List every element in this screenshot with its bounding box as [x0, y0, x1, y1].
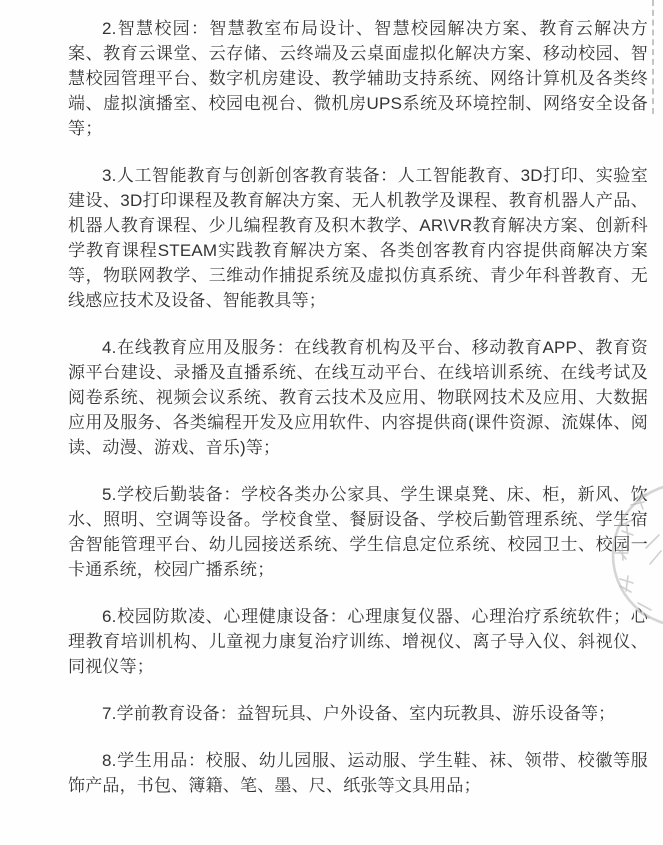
paragraph-anti-bullying-psych: 6.校园防欺凌、心理健康设备：心理康复仪器、心理治疗系统软件；心理教育培训机构、…: [68, 604, 648, 679]
paragraph-student-supplies: 8.学生用品：校服、幼儿园服、运动服、学生鞋、袜、领带、校徽等服饰产品，书包、簿…: [68, 748, 648, 798]
scanned-document-page: 2.智慧校园：智慧教室布局设计、智慧校园解决方案、教育云解决方案、教育云课堂、云…: [0, 0, 663, 845]
paragraph-school-logistics: 5.学校后勤装备：学校各类办公家具、学生课桌凳、床、柜，新风、饮水、照明、空调等…: [68, 482, 648, 582]
scan-edge-artifact: [652, 0, 654, 114]
paragraph-online-education: 4.在线教育应用及服务：在线教育机构及平台、移动教育APP、教育资源平台建设、录…: [68, 335, 648, 460]
paragraph-ai-maker-education: 3.人工智能教育与创新创客教育装备：人工智能教育、3D打印、实验室建设、3D打印…: [68, 163, 648, 313]
paragraph-preschool-equipment: 7.学前教育设备：益智玩具、户外设备、室内玩教具、游乐设备等；: [68, 701, 648, 726]
document-body-text: 2.智慧校园：智慧教室布局设计、智慧校园解决方案、教育云解决方案、教育云课堂、云…: [68, 16, 648, 820]
paragraph-smart-campus: 2.智慧校园：智慧教室布局设计、智慧校园解决方案、教育云解决方案、教育云课堂、云…: [68, 16, 648, 141]
